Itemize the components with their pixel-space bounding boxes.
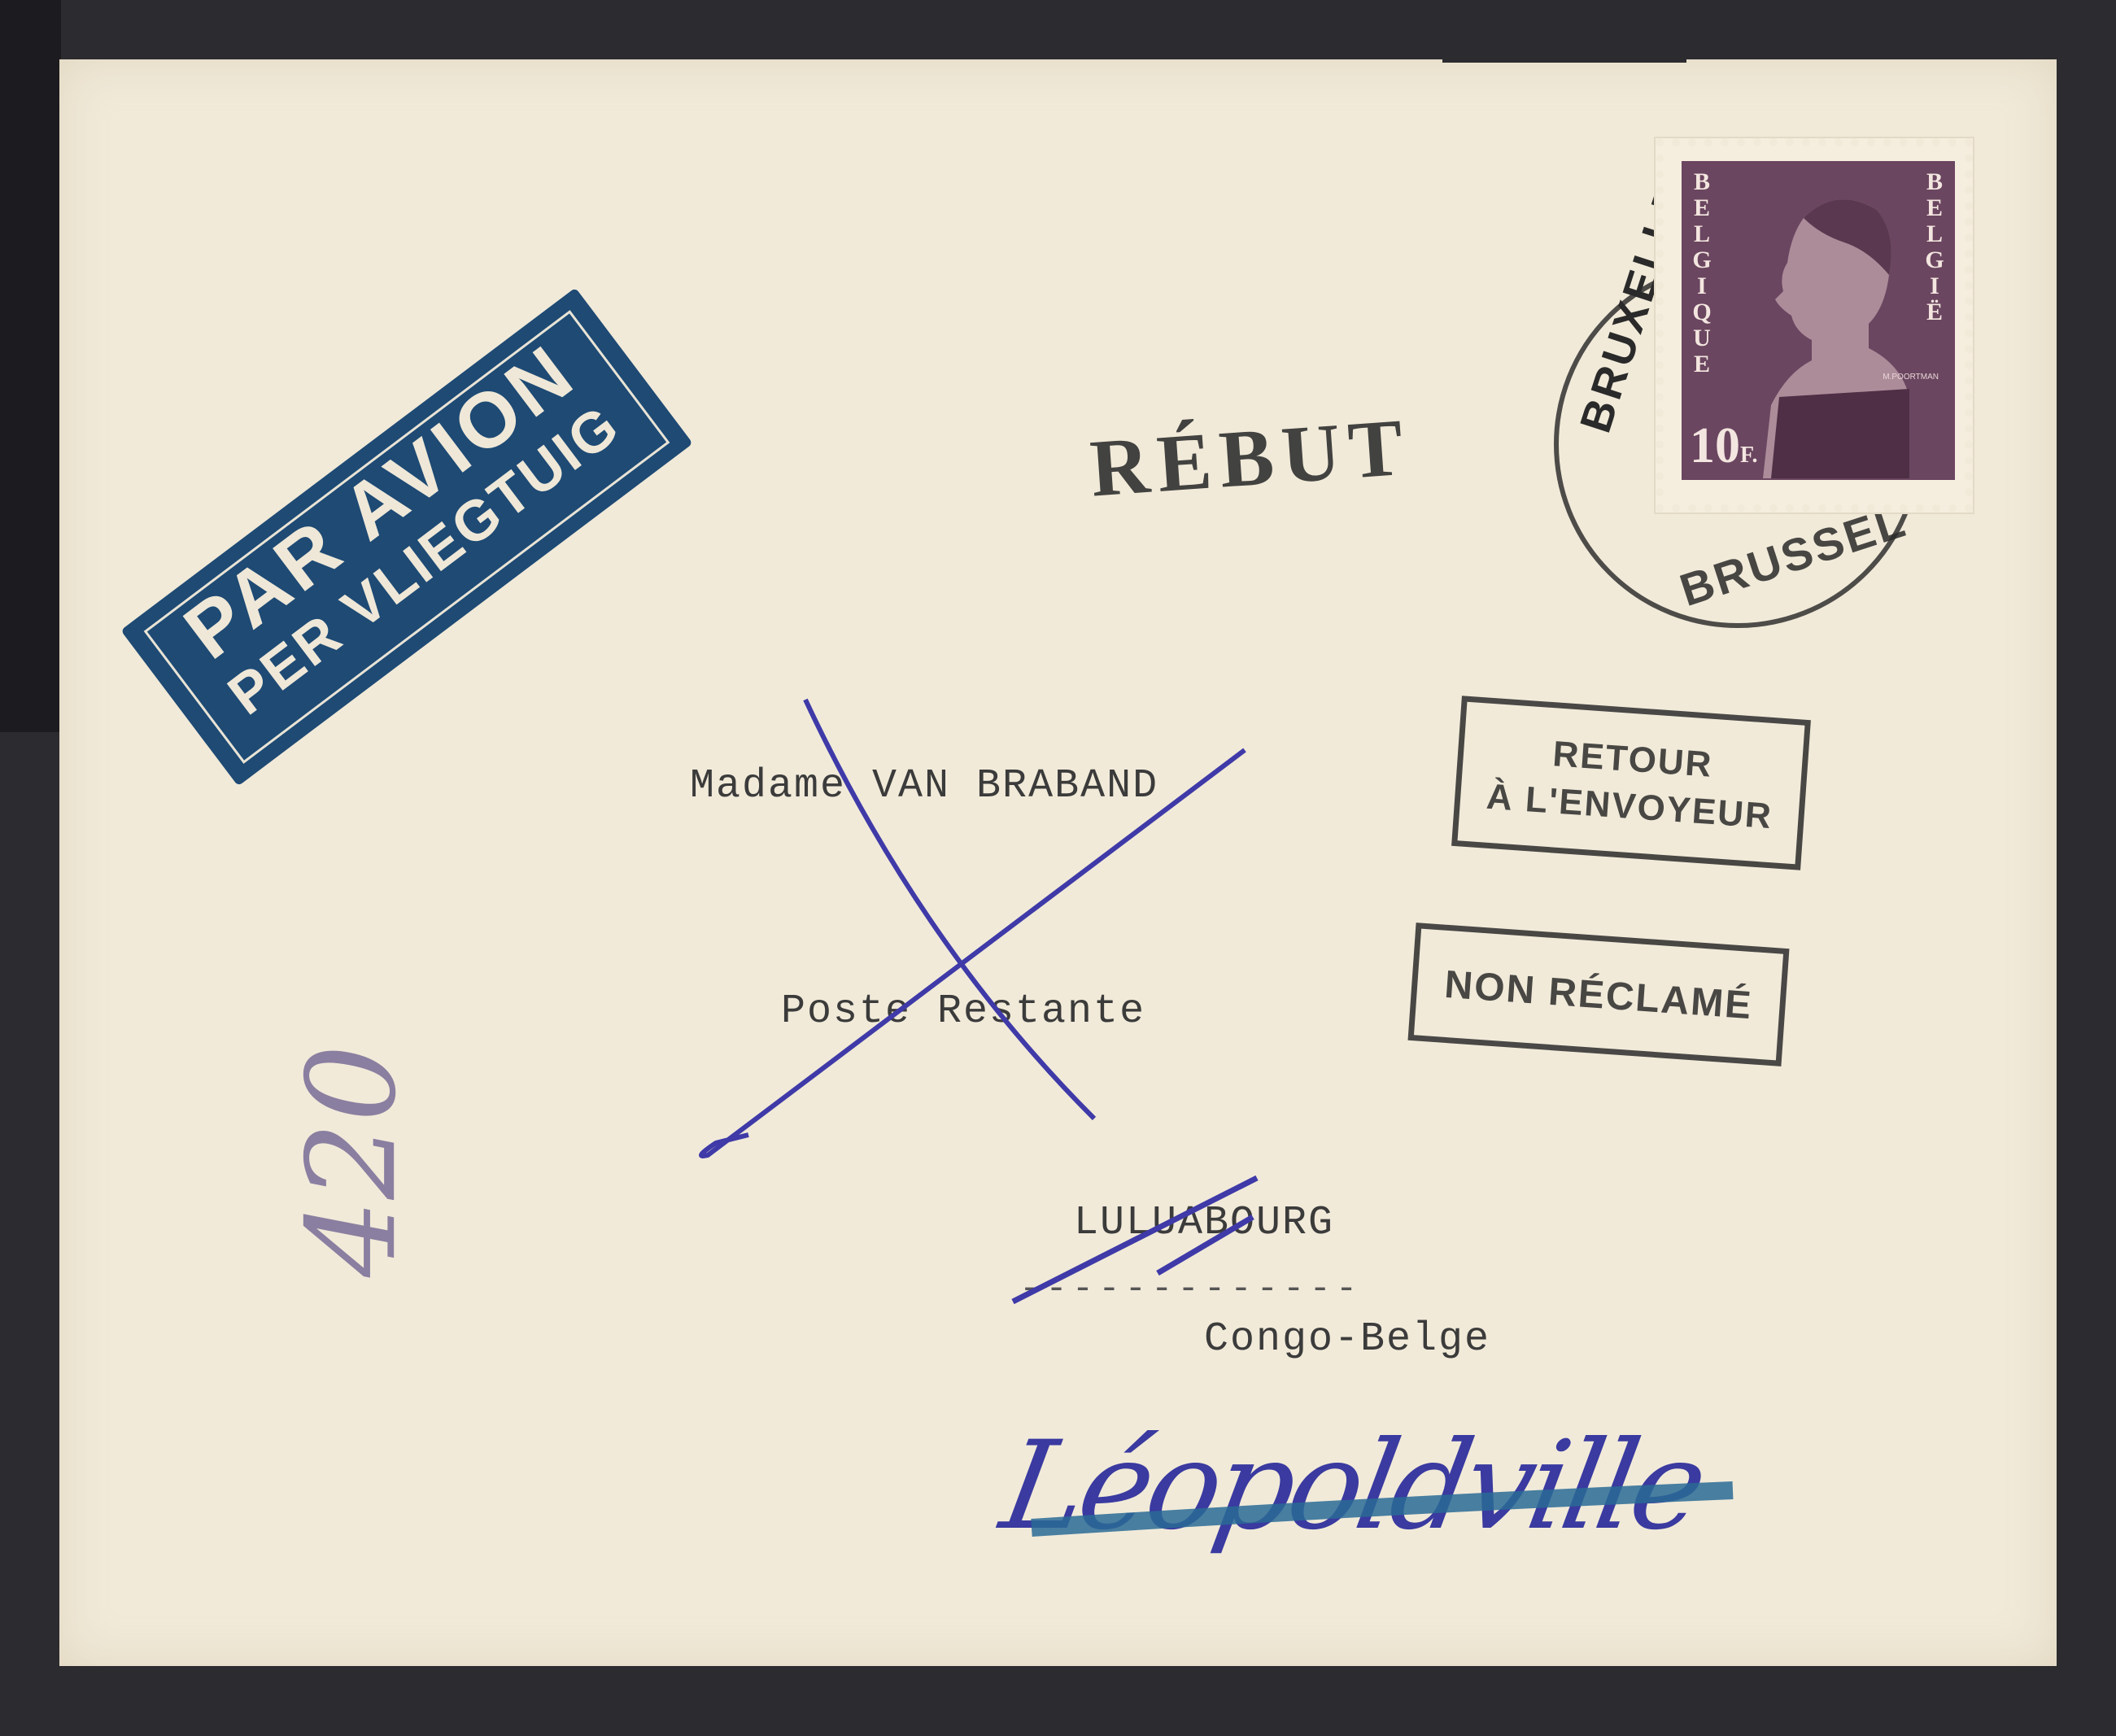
dark-background-strip [0,0,61,732]
pencil-number: 420 [281,1045,423,1277]
address-country: Congo-Belge [1204,1316,1490,1363]
stamp-design: BELGIQUE BELGIË M.POORTMAN 10F. [1682,161,1955,480]
address-line2: Poste Restante [781,988,1145,1035]
postage-stamp: BELGIQUE BELGIË M.POORTMAN 10F. [1656,138,1973,513]
stamp-value-number: 10 [1690,418,1740,473]
address-dashes: ------------- [1019,1269,1362,1310]
king-portrait-icon [1747,185,1909,478]
retour-cachet: RETOUR À L'ENVOYEUR [1451,696,1811,870]
stamp-country-dutch: BELGIË [1922,169,1947,325]
stamp-country-french: BELGIQUE [1690,169,1714,377]
stamp-value: 10F. [1690,417,1758,475]
address-name: Madame VAN BRABAND [690,763,1158,809]
stamp-value-unit: F. [1740,443,1758,468]
stamp-engraver: M.POORTMAN [1883,373,1939,382]
address-city: LULUABOURG [1074,1200,1334,1246]
handwritten-city: Léopoldville [993,1415,1712,1557]
